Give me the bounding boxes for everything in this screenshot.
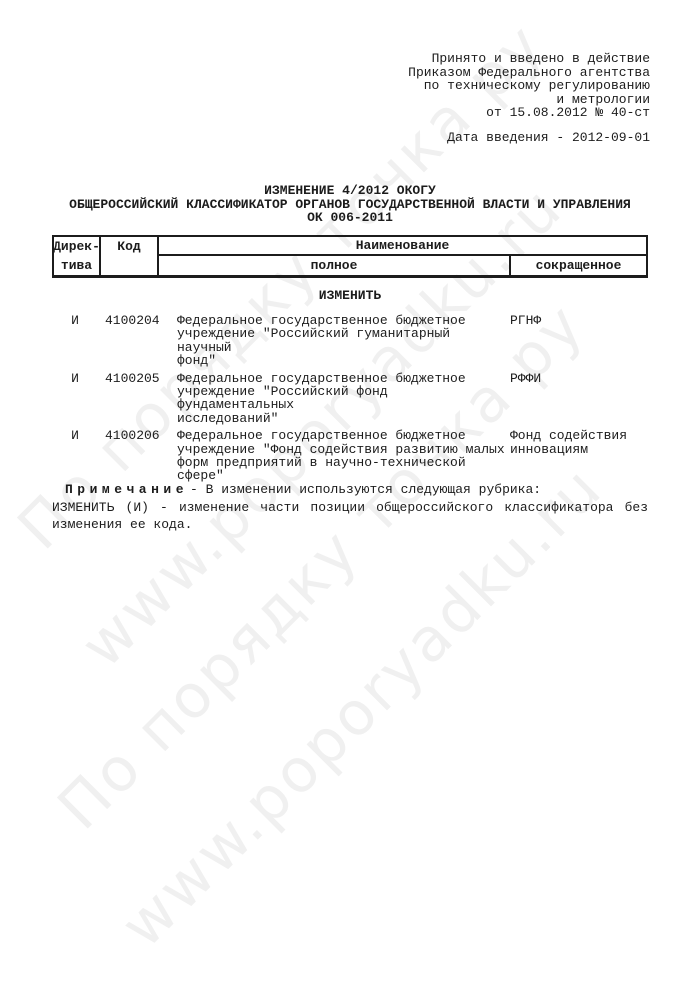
classifier-header-table: Дирек- тива Код Наименование полное сокр… — [52, 235, 648, 278]
header-cell-code: Код — [101, 237, 159, 256]
row-short-name: РФФИ — [505, 372, 648, 426]
content-layer: Принято и введено в действие Приказом Фе… — [0, 0, 700, 990]
note-block: Примечание- В изменении используются сле… — [52, 481, 648, 534]
header-cell-directive-line1: Дирек- — [54, 237, 101, 256]
row-directive: И — [52, 429, 98, 483]
header-cell-name-full: полное — [159, 256, 511, 275]
table-row: И 4100206 Федеральное государственное бю… — [52, 429, 648, 483]
row-short-name: Фонд содействия инновациям — [505, 429, 648, 483]
table-row: И 4100204 Федеральное государственное бю… — [52, 314, 648, 368]
table-row: И 4100205 Федеральное государственное бю… — [52, 372, 648, 426]
change-rows: И 4100204 Федеральное государственное бю… — [52, 314, 648, 487]
note-heading-line: Примечание- В изменении используются сле… — [52, 481, 648, 499]
row-full-name: Федеральное государственное бюджетное уч… — [170, 429, 505, 483]
header-cell-name-short: сокращенное — [511, 256, 646, 275]
row-code: 4100205 — [98, 372, 170, 426]
effective-date: Дата введения - 2012-09-01 — [447, 130, 650, 145]
header-cell-name: Наименование — [159, 237, 646, 256]
note-body: ИЗМЕНИТЬ (И) - изменение части позиции о… — [52, 499, 648, 534]
row-code: 4100204 — [98, 314, 170, 368]
row-code: 4100206 — [98, 429, 170, 483]
document-title: ИЗМЕНЕНИЕ 4/2012 ОКОГУ ОБЩЕРОССИЙСКИЙ КЛ… — [0, 184, 700, 225]
row-full-name: Федеральное государственное бюджетное уч… — [170, 372, 505, 426]
note-intro: - В изменении используются следующая руб… — [190, 482, 541, 497]
row-directive: И — [52, 372, 98, 426]
section-label-change: ИЗМЕНИТЬ — [52, 288, 648, 303]
document-page: По порядку точка ру www.poporyadku.ru По… — [0, 0, 700, 990]
approval-block: Принято и введено в действие Приказом Фе… — [408, 52, 650, 120]
note-label: Примечание — [65, 482, 188, 497]
header-cell-directive-line2: тива — [54, 256, 101, 275]
header-cell-code-empty — [101, 256, 159, 275]
row-full-name: Федеральное государственное бюджетное уч… — [170, 314, 505, 368]
row-short-name: РГНФ — [505, 314, 648, 368]
row-directive: И — [52, 314, 98, 368]
